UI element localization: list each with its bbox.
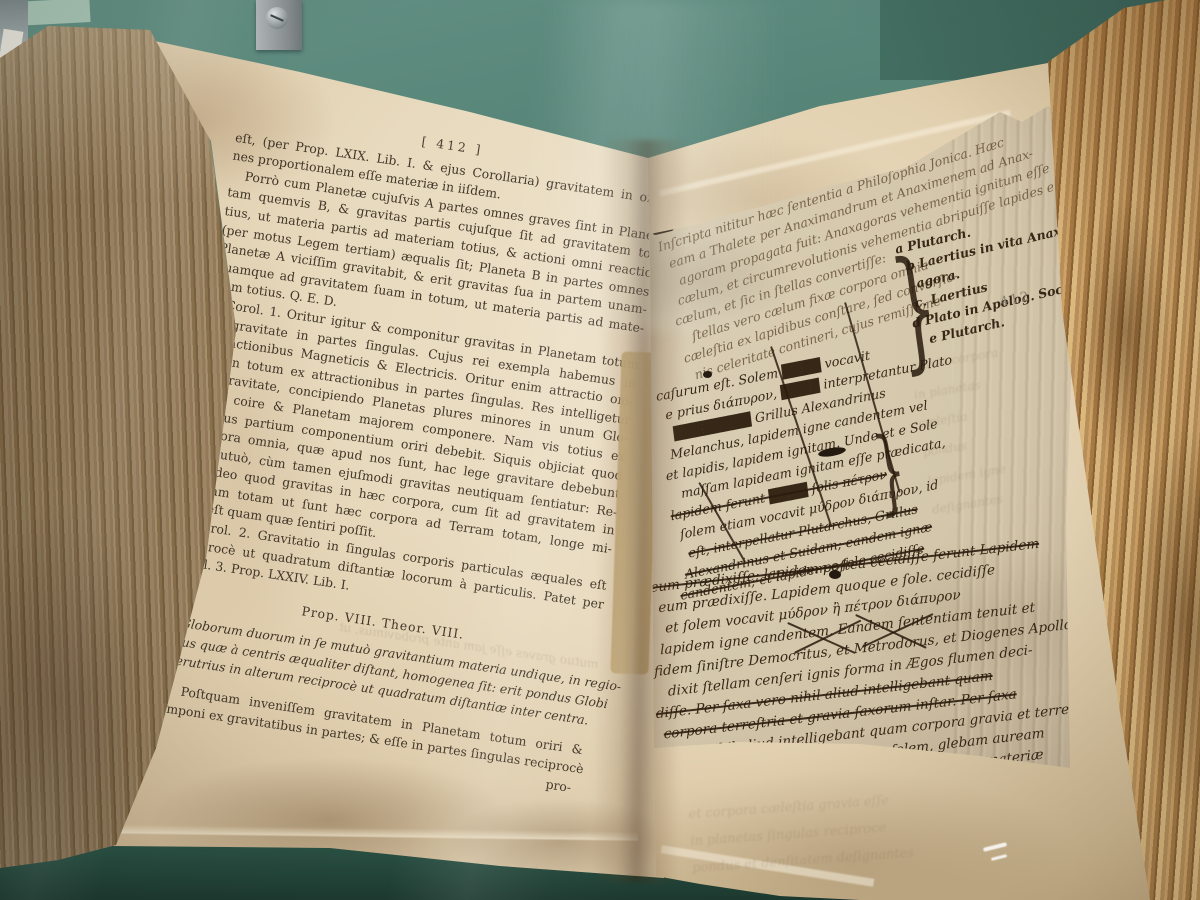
ink-blot bbox=[829, 570, 841, 579]
ink-blot bbox=[703, 371, 712, 378]
museum-display-photo: [ 412 ] eſt, (per Prop. LXIX. Lib. I. & … bbox=[0, 0, 1200, 900]
glass-reflection-band bbox=[545, 0, 795, 330]
ghost-text-below-sheet: et corpora cæleſtia gravia eſſein planet… bbox=[688, 775, 1073, 882]
left-page-bottom-edge bbox=[118, 824, 638, 840]
